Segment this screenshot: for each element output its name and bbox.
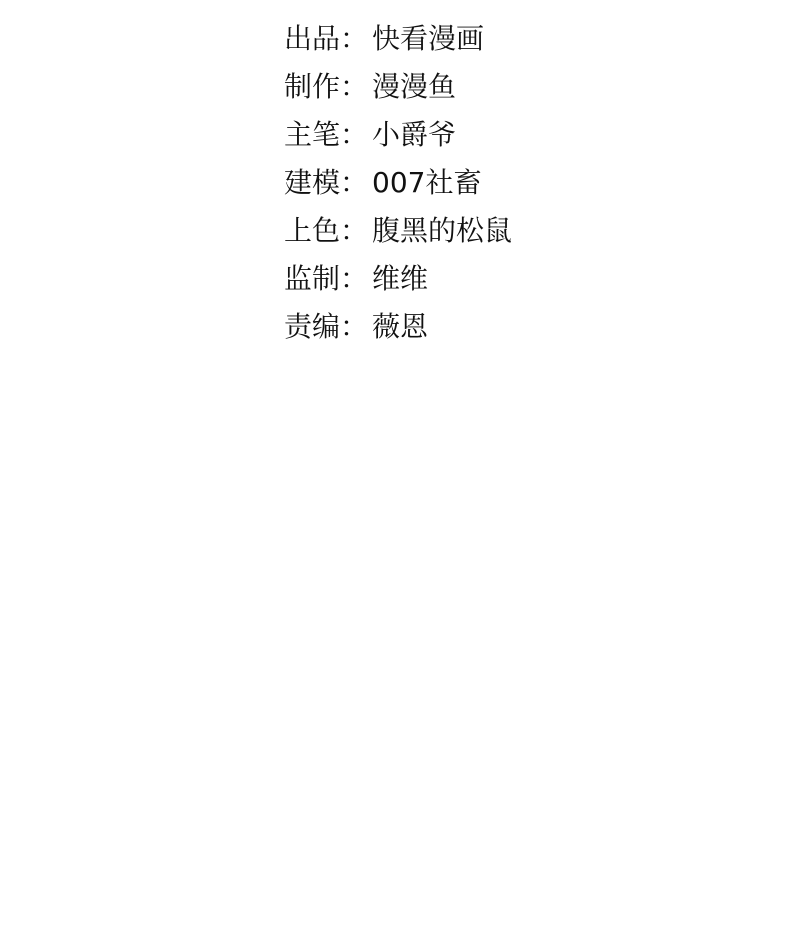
credit-role: 建模： bbox=[284, 163, 372, 203]
credit-lead-artist: 主笔： 小爵爷 bbox=[284, 111, 512, 159]
credit-role: 监制： bbox=[284, 259, 372, 299]
credit-role: 主笔： bbox=[284, 115, 372, 155]
credit-name: 快看漫画 bbox=[372, 19, 484, 59]
credit-role: 制作： bbox=[284, 67, 372, 107]
credit-name: 维维 bbox=[372, 259, 428, 299]
credit-name: 007社畜 bbox=[372, 163, 481, 203]
credit-modeling: 建模： 007社畜 bbox=[284, 159, 512, 207]
credit-name: 小爵爷 bbox=[372, 115, 456, 155]
credit-name: 薇恩 bbox=[372, 307, 428, 347]
credits-list: 出品： 快看漫画 制作： 漫漫鱼 主笔： 小爵爷 建模： 007社畜 上色： 腹… bbox=[284, 15, 512, 351]
credit-role: 责编： bbox=[284, 307, 372, 347]
credit-name: 漫漫鱼 bbox=[372, 67, 456, 107]
credit-role: 出品： bbox=[284, 19, 372, 59]
credit-supervisor: 监制： 维维 bbox=[284, 255, 512, 303]
credit-production: 制作： 漫漫鱼 bbox=[284, 63, 512, 111]
credit-coloring: 上色： 腹黑的松鼠 bbox=[284, 207, 512, 255]
credit-role: 上色： bbox=[284, 211, 372, 251]
credit-editor: 责编： 薇恩 bbox=[284, 303, 512, 351]
credit-name: 腹黑的松鼠 bbox=[372, 211, 512, 251]
credit-publisher: 出品： 快看漫画 bbox=[284, 15, 512, 63]
